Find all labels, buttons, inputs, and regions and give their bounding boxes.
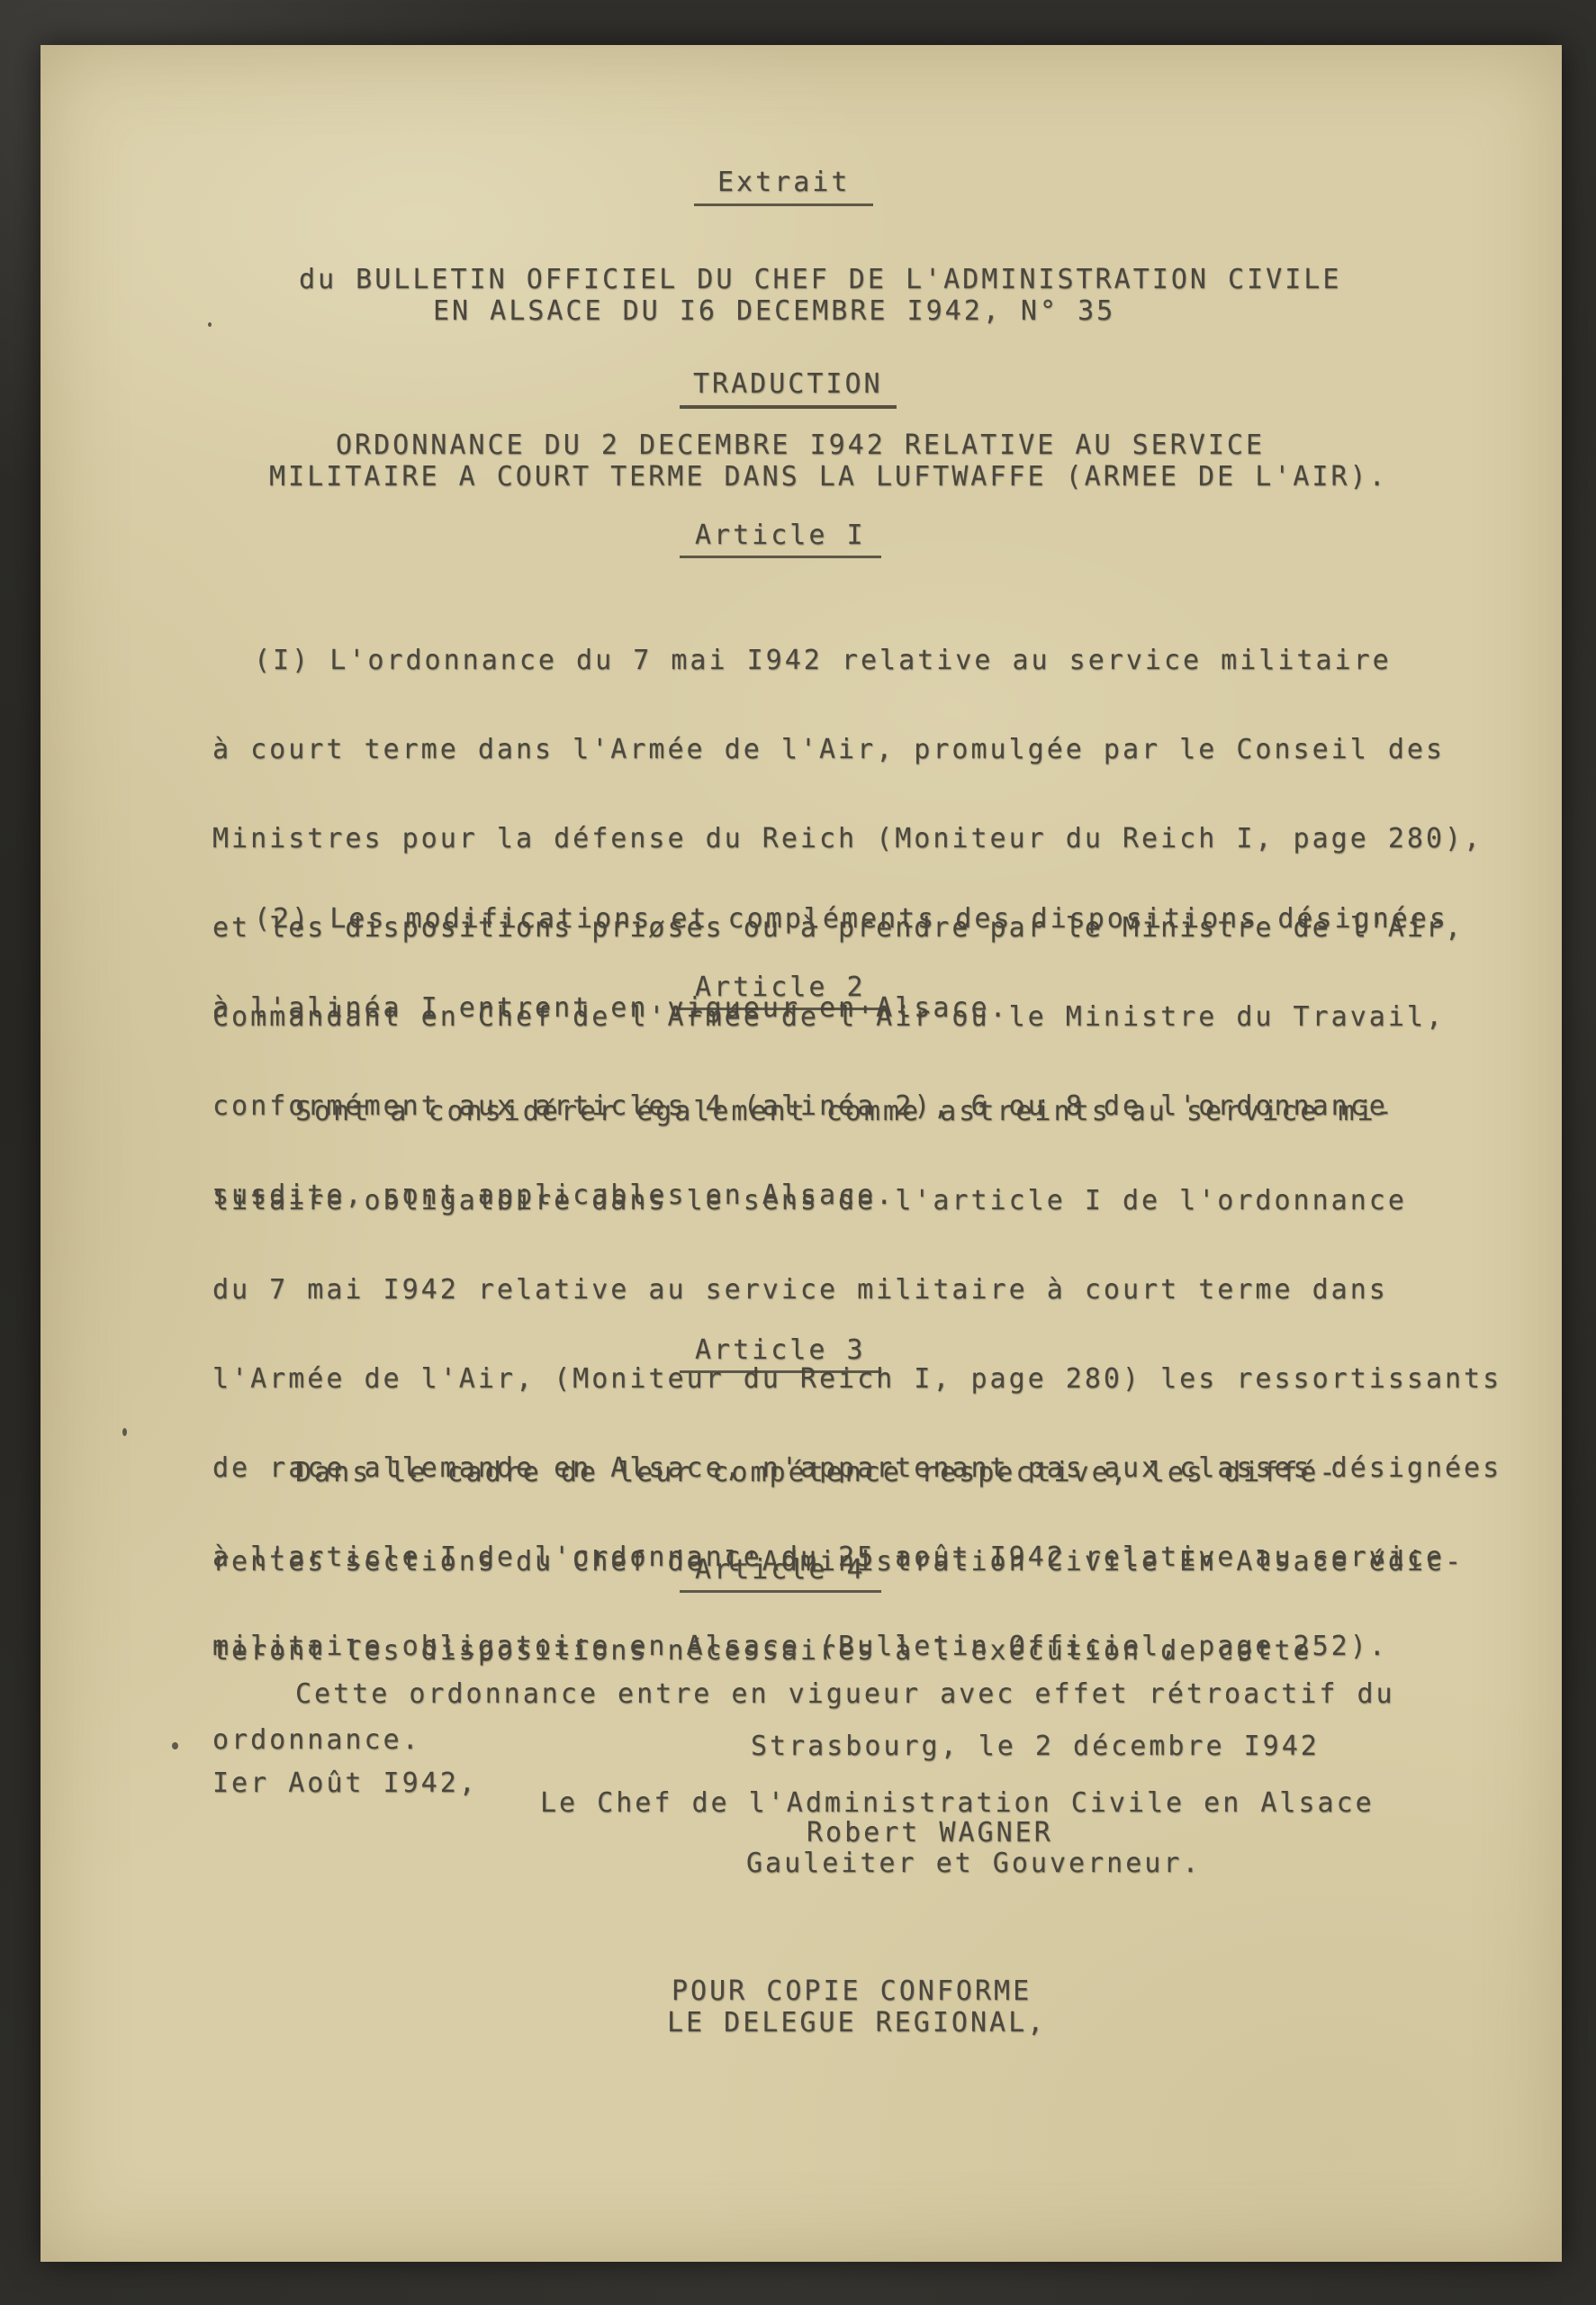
extrait-heading: Extrait [694,167,873,206]
article-2-para-line: du 7 mai I942 relative au service milita… [212,1275,1501,1305]
paper-speck [172,1742,178,1749]
article-1-para-1-line: (I) L'ordonnance du 7 mai I942 relative … [212,646,1483,675]
ordinance-title-line: MILITAIRE A COURT TERME DANS LA LUFTWAFF… [269,462,1388,492]
ordinance-title-line: ORDONNANCE DU 2 DECEMBRE I942 RELATIVE A… [336,430,1265,460]
article-2-heading: Article 2 [680,972,881,1010]
paper-speck [122,1428,127,1436]
traduction-heading: TRADUCTION [680,369,897,409]
paper-speck [208,322,212,327]
certification-line: POUR COPIE CONFORME [672,1976,1032,2006]
place-date-line: Strasbourg, le 2 décembre I942 [751,1731,1320,1761]
article-1-heading: Article I [680,520,881,558]
article-1-para-1-line: à court terme dans l'Armée de l'Air, pro… [212,735,1483,764]
article-2-para-line: litaire obligatoire dans le sens de l'ar… [212,1186,1501,1216]
article-3-para-line: Dans le cadre de leur compétence respect… [212,1458,1464,1487]
article-1-para-2-line: (2) Les modifications et compléments des… [212,904,1448,934]
article-3-heading: Article 3 [680,1335,881,1373]
article-4-heading: Article 4 [680,1555,881,1593]
document-scan: Extrait du BULLETIN OFFICIEL DU CHEF DE … [0,0,1596,2305]
source-line: du BULLETIN OFFICIEL DU CHEF DE L'ADMINI… [299,265,1341,294]
article-2-para-line: Sont a considérer également comme astrei… [212,1097,1501,1126]
signer-name: Robert WAGNER [807,1818,1053,1848]
source-line: EN ALSACE DU I6 DECEMBRE I942, N° 35 [433,296,1115,326]
article-4-para-line: Cette ordonnance entre en vigueur avec e… [212,1679,1395,1709]
signer-title-line: Le Chef de l'Administration Civile en Al… [540,1788,1375,1818]
paper: Extrait du BULLETIN OFFICIEL DU CHEF DE … [41,45,1562,2262]
signer-role: Gauleiter et Gouverneur. [746,1849,1201,1878]
certification-line: LE DELEGUE REGIONAL, [667,2008,1046,2038]
